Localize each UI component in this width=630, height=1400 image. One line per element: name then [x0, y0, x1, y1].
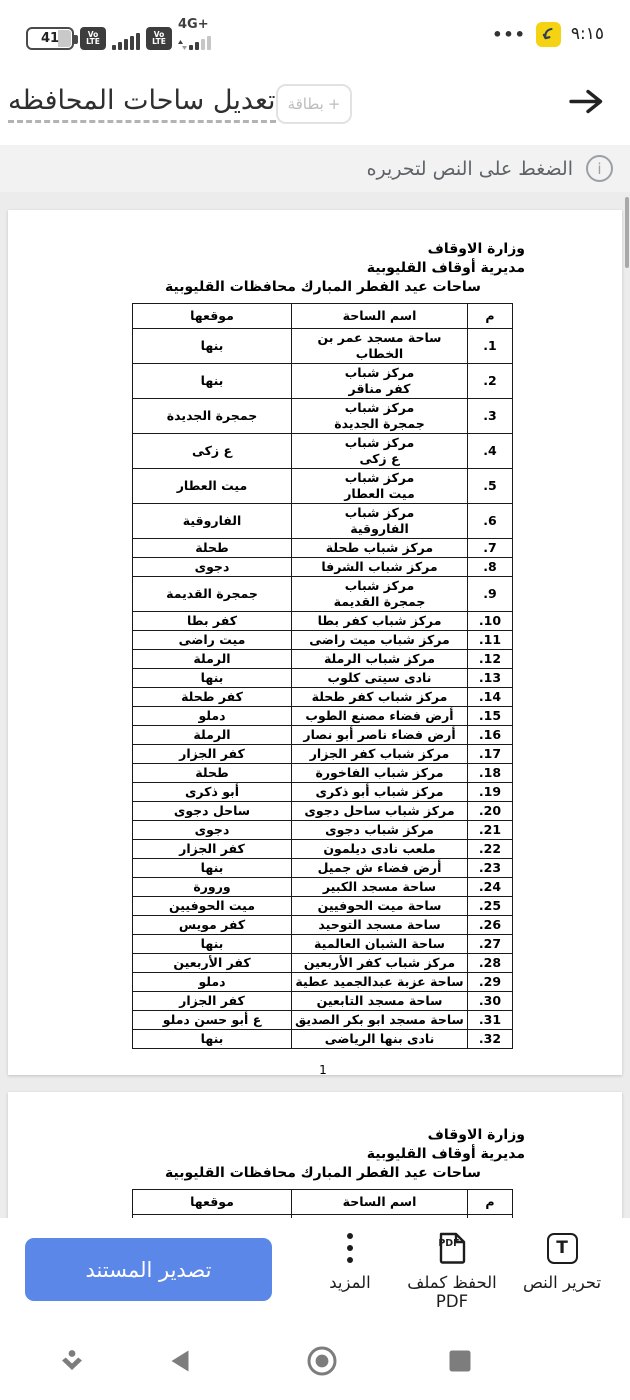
table-header-row: ماسم الساحةموقعها [133, 1190, 513, 1215]
column-header-location: موقعها [133, 1190, 292, 1215]
cell-name[interactable]: ساحة ميت الحوفيين [292, 897, 468, 916]
table-row[interactable]: .32نادى بنها الرياضىبنها [133, 1030, 513, 1049]
cell-location[interactable]: ع أبو حسن دملو [133, 1011, 292, 1030]
cell-num[interactable]: .8 [468, 558, 513, 577]
volte-icon-2: Vo LTE [146, 27, 172, 50]
cell-name[interactable]: مركز شباب كفر الأربعين [292, 954, 468, 973]
cell-num[interactable]: .2 [468, 364, 513, 399]
edit-hint-bar: i الضغط على النص لتحريره [0, 145, 630, 192]
cell-location[interactable]: ميت راضى [133, 631, 292, 650]
cell-location[interactable]: طحلة [133, 764, 292, 783]
cell-name[interactable]: ساحة عزبة عبدالجميد عطية [292, 973, 468, 992]
cell-location[interactable]: دجوى [133, 821, 292, 840]
cell-name[interactable]: مركز شباب ميت راضى [292, 631, 468, 650]
cell-num[interactable]: .23 [468, 859, 513, 878]
pdf-file-icon: PDF [434, 1230, 470, 1266]
column-header-name: اسم الساحة [292, 304, 468, 329]
add-card-chip-button[interactable]: + بطاقة [276, 84, 353, 124]
cell-name[interactable]: مركز شباب أبو ذكرى [292, 783, 468, 802]
table-row[interactable]: .17مركز شباب كفر الجزاركفر الجزار [133, 745, 513, 764]
cell-location[interactable]: ساحل دجوى [133, 802, 292, 821]
cell-num[interactable]: .12 [468, 650, 513, 669]
cell-location[interactable]: الفاروقية [133, 504, 292, 539]
cell-name[interactable]: مركز شباب كفر الجزار [292, 745, 468, 764]
cell-name[interactable]: مركز شباب طحلة [292, 539, 468, 558]
cell-name[interactable]: نادى بنها الرياضى [292, 1030, 468, 1049]
cell-num[interactable]: .1 [468, 329, 513, 364]
cell-num[interactable]: .31 [468, 1011, 513, 1030]
android-nav-bar [0, 1326, 630, 1400]
doc-header-line[interactable]: وزارة الاوقاف [8, 240, 622, 259]
table-row[interactable]: .11مركز شباب ميت راضىميت راضى [133, 631, 513, 650]
data-arrows-icon [178, 40, 187, 50]
cell-num[interactable]: .26 [468, 916, 513, 935]
cell-name[interactable]: نادى سيتى كلوب [292, 669, 468, 688]
document-page-1[interactable]: وزارة الاوقافمديرية أوقاف القليوبيةساحات… [8, 210, 622, 1075]
column-header-num: م [468, 1190, 513, 1215]
table-row[interactable]: .14مركز شباب كفر طحلةكفر طحلة [133, 688, 513, 707]
cell-location[interactable]: طحلة [133, 539, 292, 558]
table-row[interactable]: .9مركز شبابجمجرة القديمةجمجرة القديمة [133, 577, 513, 612]
save-as-pdf-button[interactable]: PDF الحفظ كملف PDF [404, 1230, 500, 1311]
document-scroll-area[interactable]: وزارة الاوقافمديرية أوقاف القليوبيةساحات… [0, 192, 630, 1218]
cell-location[interactable]: بنها [133, 1030, 292, 1049]
cell-num[interactable]: .16 [468, 726, 513, 745]
cell-name[interactable]: ساحة مسجد الكبير [292, 878, 468, 897]
column-header-name: اسم الساحة [292, 1190, 468, 1215]
cell-num[interactable]: .19 [468, 783, 513, 802]
squares-table[interactable]: ماسم الساحةموقعها.1ساحة مسجد عمر بن الخط… [132, 303, 513, 1049]
cell-location[interactable]: الرملة [133, 650, 292, 669]
cell-name[interactable]: مركز شبابجمجرة القديمة [292, 577, 468, 612]
cell-name[interactable]: مركز شباب الرملة [292, 650, 468, 669]
table-row[interactable]: .5مركز شبابميت العطارميت العطار [133, 469, 513, 504]
cell-num[interactable]: .30 [468, 992, 513, 1011]
scrollbar-thumb[interactable] [625, 197, 629, 268]
cell-num[interactable]: .20 [468, 802, 513, 821]
cell-num[interactable]: .25 [468, 897, 513, 916]
cell-location[interactable]: جمجرة القديمة [133, 577, 292, 612]
cell-location[interactable]: كفر بطا [133, 612, 292, 631]
app-screen: 41 Vo LTE Vo LTE 4G+ [0, 0, 630, 1400]
cell-num[interactable]: .21 [468, 821, 513, 840]
more-button[interactable]: المزيد [302, 1230, 398, 1292]
squares-table[interactable]: ماسم الساحةموقعها.33نادى مركز شباب بطابط… [132, 1189, 513, 1218]
table-row[interactable]: .27ساحة الشبان العالميةبنها [133, 935, 513, 954]
table-row[interactable]: .15أرض فضاء مصنع الطوبدملو [133, 707, 513, 726]
back-arrow-button[interactable] [566, 88, 606, 119]
network-type-indicator: 4G+ [178, 19, 211, 50]
table-row[interactable]: .12مركز شباب الرملةالرملة [133, 650, 513, 669]
secondary-signal-bars-icon [189, 30, 211, 50]
cell-location[interactable]: ع زكى [133, 434, 292, 469]
cell-name[interactable]: مركز شبابجمجرة الجديدة [292, 399, 468, 434]
status-right-group: ••• ٩:١٥ [492, 22, 604, 47]
cell-location[interactable]: كفر الجزار [133, 992, 292, 1011]
export-document-button[interactable]: تصدير المستند [25, 1238, 272, 1301]
cell-num[interactable]: .22 [468, 840, 513, 859]
table-row[interactable]: .19مركز شباب أبو ذكرىأبو ذكرى [133, 783, 513, 802]
cell-location[interactable]: كفر الأربعين [133, 954, 292, 973]
chip-label: بطاقة [288, 95, 324, 113]
cell-location[interactable]: دملو [133, 973, 292, 992]
doc-header-line[interactable]: مديرية أوقاف القليوبية [8, 259, 622, 278]
cell-name[interactable]: مركز شباب ساحل دجوى [292, 802, 468, 821]
svg-text:PDF: PDF [438, 1238, 459, 1249]
cell-num[interactable]: .18 [468, 764, 513, 783]
column-header-location: موقعها [133, 304, 292, 329]
cell-location[interactable]: ورورة [133, 878, 292, 897]
cell-name[interactable]: مركز شبابكفر مناقر [292, 364, 468, 399]
cell-location[interactable]: أبو ذكرى [133, 783, 292, 802]
table-row[interactable]: .1ساحة مسجد عمر بن الخطاببنها [133, 329, 513, 364]
cell-name[interactable]: أرض فضاء مصنع الطوب [292, 707, 468, 726]
cell-name[interactable]: مركز شباب كفر بطا [292, 612, 468, 631]
bottom-toolbar: تصدير المستند المزيد PDF الحفظ كملف PDF … [0, 1218, 630, 1326]
table-row[interactable]: .8مركز شباب الشرفادجوى [133, 558, 513, 577]
cell-location[interactable]: بنها [133, 669, 292, 688]
column-header-num: م [468, 304, 513, 329]
signal-bars-icon [112, 30, 140, 50]
table-row[interactable]: .29ساحة عزبة عبدالجميد عطيةدملو [133, 973, 513, 992]
table-row[interactable]: .7مركز شباب طحلةطحلة [133, 539, 513, 558]
cell-name[interactable]: أرض فضاء ش جميل [292, 859, 468, 878]
cell-name[interactable]: ساحة مسجد عمر بن الخطاب [292, 329, 468, 364]
battery-percent: 41 [41, 31, 59, 46]
cell-location[interactable]: بنها [133, 935, 292, 954]
cell-name[interactable]: ساحة مسجد التابعين [292, 992, 468, 1011]
table-row[interactable]: .2مركز شبابكفر مناقربنها [133, 364, 513, 399]
table-row[interactable]: .21مركز شباب دجوىدجوى [133, 821, 513, 840]
plus-icon: + [328, 95, 341, 113]
cell-num[interactable]: .17 [468, 745, 513, 764]
table-row[interactable]: .23أرض فضاء ش جميلبنها [133, 859, 513, 878]
cell-location[interactable]: ميت الحوفيين [133, 897, 292, 916]
nav-recents-icon[interactable] [448, 1349, 472, 1377]
table-row[interactable]: .24ساحة مسجد الكبيرورورة [133, 878, 513, 897]
document-title-field[interactable]: تعديل ساحات المحافظه [8, 85, 276, 123]
cell-name[interactable]: مركز شباب الفاخورة [292, 764, 468, 783]
table-row[interactable]: .3مركز شبابجمجرة الجديدةجمجرة الجديدة [133, 399, 513, 434]
clock: ٩:١٥ [571, 24, 604, 44]
table-row[interactable]: .31ساحة مسجد ابو بكر الصديقع أبو حسن دمل… [133, 1011, 513, 1030]
cell-location[interactable]: كفر مويس [133, 916, 292, 935]
document-page-2[interactable]: وزارة الاوقافمديرية أوقاف القليوبيةساحات… [8, 1092, 622, 1218]
doc-header-line[interactable]: ساحات عيد الفطر المبارك محافظات القليوبي… [133, 1164, 513, 1183]
cell-name[interactable]: ساحة مسجد ابو بكر الصديق [292, 1011, 468, 1030]
info-icon: i [586, 155, 613, 182]
cell-location[interactable]: كفر الجزار [133, 840, 292, 859]
cell-num[interactable]: .9 [468, 577, 513, 612]
cell-name[interactable]: مركز شبابميت العطار [292, 469, 468, 504]
status-bar: 41 Vo LTE Vo LTE 4G+ [0, 0, 630, 62]
table-row[interactable]: .13نادى سيتى كلوببنها [133, 669, 513, 688]
battery-nub [74, 35, 78, 44]
notification-app-icon [536, 22, 561, 47]
edit-hint-text: الضغط على النص لتحريره [367, 158, 573, 180]
hide-navbar-icon[interactable] [58, 1348, 86, 1379]
more-vertical-icon [347, 1230, 353, 1266]
cell-num[interactable]: .13 [468, 669, 513, 688]
cell-location[interactable]: جمجرة الجديدة [133, 399, 292, 434]
table-row[interactable]: .26ساحة مسجد التوحيدكفر مويس [133, 916, 513, 935]
cell-num[interactable]: .7 [468, 539, 513, 558]
table-header-row: ماسم الساحةموقعها [133, 304, 513, 329]
battery-fill [58, 30, 71, 47]
cell-location[interactable]: بنها [133, 859, 292, 878]
cell-location[interactable]: بنها [133, 364, 292, 399]
page-number: 1 [133, 1063, 513, 1077]
cell-name[interactable]: أرض فضاء ناصر أبو نصار [292, 726, 468, 745]
cell-num[interactable]: .11 [468, 631, 513, 650]
app-header: + بطاقة تعديل ساحات المحافظه [0, 62, 630, 145]
table-row[interactable]: .20مركز شباب ساحل دجوىساحل دجوى [133, 802, 513, 821]
cell-location[interactable]: دجوى [133, 558, 292, 577]
table-row[interactable]: .4مركز شبابع زكىع زكى [133, 434, 513, 469]
cell-location[interactable]: بنها [133, 329, 292, 364]
cell-num[interactable]: .5 [468, 469, 513, 504]
edit-text-button[interactable]: T تحرير النص [514, 1230, 610, 1292]
cell-num[interactable]: .3 [468, 399, 513, 434]
cell-num[interactable]: .14 [468, 688, 513, 707]
cell-num[interactable]: .28 [468, 954, 513, 973]
cell-name[interactable]: ساحة مسجد التوحيد [292, 916, 468, 935]
cell-name[interactable]: مركز شبابع زكى [292, 434, 468, 469]
cell-num[interactable]: .24 [468, 878, 513, 897]
doc-header-line[interactable]: ساحات عيد الفطر المبارك محافظات القليوبي… [133, 278, 513, 297]
cell-name[interactable]: مركز شباب كفر طحلة [292, 688, 468, 707]
doc-header-line[interactable]: مديرية أوقاف القليوبية [8, 1145, 622, 1164]
cell-location[interactable]: ميت العطار [133, 469, 292, 504]
notification-overflow-dots: ••• [492, 25, 526, 44]
text-edit-icon: T [547, 1233, 578, 1264]
cell-num[interactable]: .10 [468, 612, 513, 631]
volte-icon: Vo LTE [80, 27, 106, 50]
status-left-group: 41 Vo LTE Vo LTE 4G+ [26, 19, 211, 50]
cell-name[interactable]: مركز شباب الشرفا [292, 558, 468, 577]
table-row[interactable]: .30ساحة مسجد التابعينكفر الجزار [133, 992, 513, 1011]
table-row[interactable]: .18مركز شباب الفاخورةطحلة [133, 764, 513, 783]
cell-num[interactable]: .32 [468, 1030, 513, 1049]
doc-header-line[interactable]: وزارة الاوقاف [8, 1126, 622, 1145]
cell-location[interactable]: الرملة [133, 726, 292, 745]
table-row[interactable]: .22ملعب نادى ديلمونكفر الجزار [133, 840, 513, 859]
table-row[interactable]: .25ساحة ميت الحوفيينميت الحوفيين [133, 897, 513, 916]
cell-name[interactable]: ساحة الشبان العالمية [292, 935, 468, 954]
cell-name[interactable]: ملعب نادى ديلمون [292, 840, 468, 859]
table-row[interactable]: .10مركز شباب كفر بطاكفر بطا [133, 612, 513, 631]
nav-home-icon[interactable] [305, 1344, 339, 1382]
cell-num[interactable]: .27 [468, 935, 513, 954]
network-label: 4G+ [178, 19, 209, 30]
cell-location[interactable]: دملو [133, 707, 292, 726]
cell-num[interactable]: .6 [468, 504, 513, 539]
nav-back-icon[interactable] [170, 1349, 191, 1378]
cell-num[interactable]: .4 [468, 434, 513, 469]
cell-location[interactable]: كفر طحلة [133, 688, 292, 707]
table-row[interactable]: .6مركز شبابالفاروقيةالفاروقية [133, 504, 513, 539]
table-row[interactable]: .28مركز شباب كفر الأربعينكفر الأربعين [133, 954, 513, 973]
table-row[interactable]: .16أرض فضاء ناصر أبو نصارالرملة [133, 726, 513, 745]
battery-indicator: 41 [26, 27, 74, 50]
cell-num[interactable]: .29 [468, 973, 513, 992]
cell-name[interactable]: مركز شبابالفاروقية [292, 504, 468, 539]
cell-location[interactable]: كفر الجزار [133, 745, 292, 764]
cell-num[interactable]: .15 [468, 707, 513, 726]
cell-name[interactable]: مركز شباب دجوى [292, 821, 468, 840]
